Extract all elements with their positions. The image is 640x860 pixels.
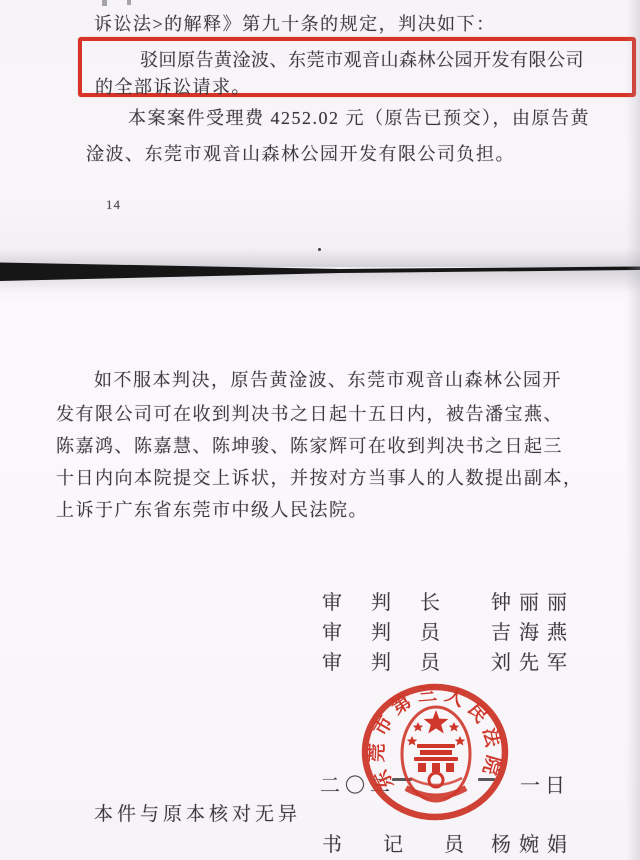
photo-edge-shade — [626, 0, 640, 860]
appeal-line-3: 陈嘉鸿、陈嘉慧、陈坤骏、陈家辉可在收到判决书之日起三 — [56, 432, 563, 458]
fee-line-1: 本案案件受理费 4252.02 元（原告已预交），由原告黄 — [128, 104, 590, 130]
judge-name-1: 钟丽丽 — [491, 586, 575, 615]
svg-text:东莞市第三人民法院: 东莞市第三人民法院 — [365, 683, 506, 793]
court-judgment-photo: 诉讼法>的解释》第九十条的规定，判决如下： 驳回原告黄淦波、东莞市观音山森林公园… — [0, 0, 640, 860]
clerk-name: 杨婉娟 — [491, 828, 575, 857]
date-right-fragment: 一日 — [520, 769, 570, 798]
ruling-line-2: 的全部诉讼请求。 — [95, 73, 251, 99]
seal-emblem — [407, 710, 465, 787]
judge-name-2: 吉海燕 — [491, 616, 575, 645]
page-number: 14 — [106, 197, 121, 213]
seal-text: 东莞市第三人民法院 — [365, 683, 506, 793]
appeal-line-5: 上诉于广东省东莞市中级人民法院。 — [56, 496, 368, 522]
verification-note: 本件与原本核对无异 — [94, 799, 301, 826]
ruling-highlight-box: 驳回原告黄淦波、东莞市观音山森林公园开发有限公司 的全部诉讼请求。 — [78, 37, 636, 97]
court-seal: 东莞市第三人民法院 — [360, 682, 510, 822]
judge-role-2: 审判员 — [322, 616, 469, 645]
fee-line-2: 淦波、东莞市观音山森林公园开发有限公司负担。 — [86, 140, 515, 166]
appeal-line-1: 如不服本判决，原告黄淦波、东莞市观音山森林公园开 — [94, 366, 562, 392]
judge-name-3: 刘先军 — [491, 646, 575, 675]
clerk-role: 书记员 — [322, 828, 505, 857]
appeal-line-4: 十日内向本院提交上诉状，并按对方当事人的人数提出副本， — [56, 464, 583, 490]
dust-speck — [318, 248, 321, 251]
appeal-line-2: 发有限公司可在收到判决书之日起十五日内，被告潘宝燕、 — [56, 400, 563, 426]
cropped-text-fragment — [102, 0, 107, 6]
judge-role-1: 审判长 — [322, 586, 469, 615]
cropped-text-fragment — [127, 0, 131, 5]
judgment-intro-line: 诉讼法>的解释》第九十条的规定，判决如下： — [94, 10, 496, 36]
ruling-line-1: 驳回原告黄淦波、东莞市观音山森林公园开发有限公司 — [140, 46, 584, 72]
judge-role-3: 审判员 — [322, 646, 469, 675]
